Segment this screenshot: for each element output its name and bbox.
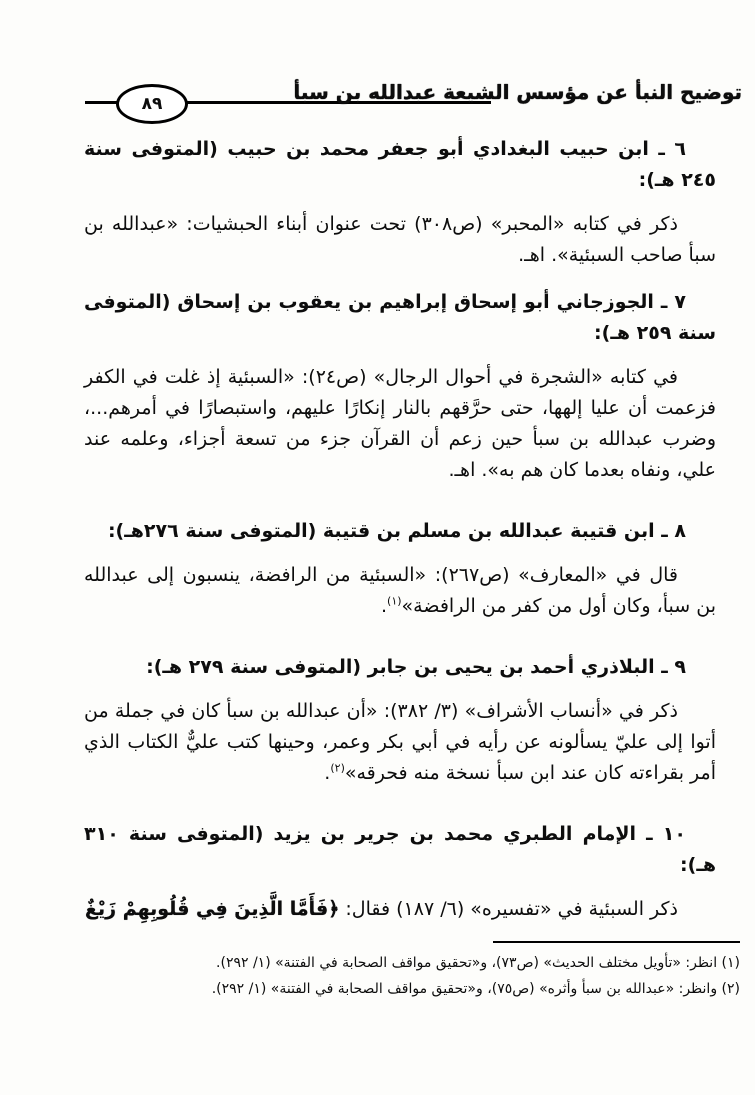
paragraph-text: في كتابه «الشجرة في أحوال الرجال» (ص٢٤):… [84, 366, 716, 481]
paragraph-text: ذكر السبئية في «تفسيره» (٦/ ١٨٧) فقال: [339, 898, 678, 920]
section-paragraph: قال في «المعارف» (ص٢٦٧): «السبئية من الر… [84, 560, 716, 622]
paragraph-text: قال في «المعارف» (ص٢٦٧): «السبئية من الر… [84, 564, 716, 617]
section-10: ١٠ ـ الإمام الطبري محمد بن جرير بن يزيد … [84, 819, 716, 925]
quran-quote: ﴿فَأَمَّا الَّذِينَ فِي قُلُوبِهِمْ زَيْ… [85, 898, 339, 920]
footnote-ref: (٢) [330, 762, 345, 775]
section-heading: ٧ ـ الجوزجاني أبو إسحاق إبراهيم بن يعقوب… [84, 287, 716, 349]
book-page: ٨٩ توضيح النبأ عن مؤسس الشيعة عبدالله بن… [0, 0, 755, 1095]
footnote-ref: (١) [387, 595, 402, 608]
book-title: توضيح النبأ عن مؤسس الشيعة عبدالله بن سب… [293, 80, 742, 104]
footnote-1: (١) انظر: «تأويل مختلف الحديث» (ص٧٣)، و«… [70, 950, 740, 976]
paragraph-text: ذكر في كتابه «المحبر» (ص٣٠٨) تحت عنوان أ… [84, 213, 716, 266]
section-paragraph: في كتابه «الشجرة في أحوال الرجال» (ص٢٤):… [84, 362, 716, 486]
footnotes-area: (١) انظر: «تأويل مختلف الحديث» (ص٧٣)، و«… [70, 941, 740, 1002]
section-9: ٩ ـ البلاذري أحمد بن يحيى بن جابر (المتو… [84, 652, 716, 789]
section-heading: ٨ ـ ابن قتيبة عبدالله بن مسلم بن قتيبة (… [84, 516, 716, 547]
section-heading: ٩ ـ البلاذري أحمد بن يحيى بن جابر (المتو… [84, 652, 716, 683]
section-8: ٨ ـ ابن قتيبة عبدالله بن مسلم بن قتيبة (… [84, 516, 716, 622]
section-heading: ١٠ ـ الإمام الطبري محمد بن جرير بن يزيد … [84, 819, 716, 881]
section-paragraph: ذكر في كتابه «المحبر» (ص٣٠٨) تحت عنوان أ… [84, 209, 716, 271]
section-heading: ٦ ـ ابن حبيب البغدادي أبو جعفر محمد بن ح… [84, 134, 716, 196]
footnote-separator [493, 941, 740, 943]
paragraph-text: ذكر في «أنساب الأشراف» (٣/ ٣٨٢): «أن عبد… [84, 700, 716, 784]
footnote-2: (٢) وانظر: «عبدالله بن سبأ وأثره» (ص٧٥)،… [70, 976, 740, 1002]
page-body: ٦ ـ ابن حبيب البغدادي أبو جعفر محمد بن ح… [84, 128, 716, 925]
section-7: ٧ ـ الجوزجاني أبو إسحاق إبراهيم بن يعقوب… [84, 287, 716, 486]
page-number: ٨٩ [142, 94, 163, 114]
section-6: ٦ ـ ابن حبيب البغدادي أبو جعفر محمد بن ح… [84, 134, 716, 271]
page-number-badge: ٨٩ [116, 84, 188, 124]
section-paragraph: ذكر في «أنساب الأشراف» (٣/ ٣٨٢): «أن عبد… [84, 696, 716, 789]
section-paragraph: ذكر السبئية في «تفسيره» (٦/ ١٨٧) فقال: ﴿… [84, 894, 716, 925]
